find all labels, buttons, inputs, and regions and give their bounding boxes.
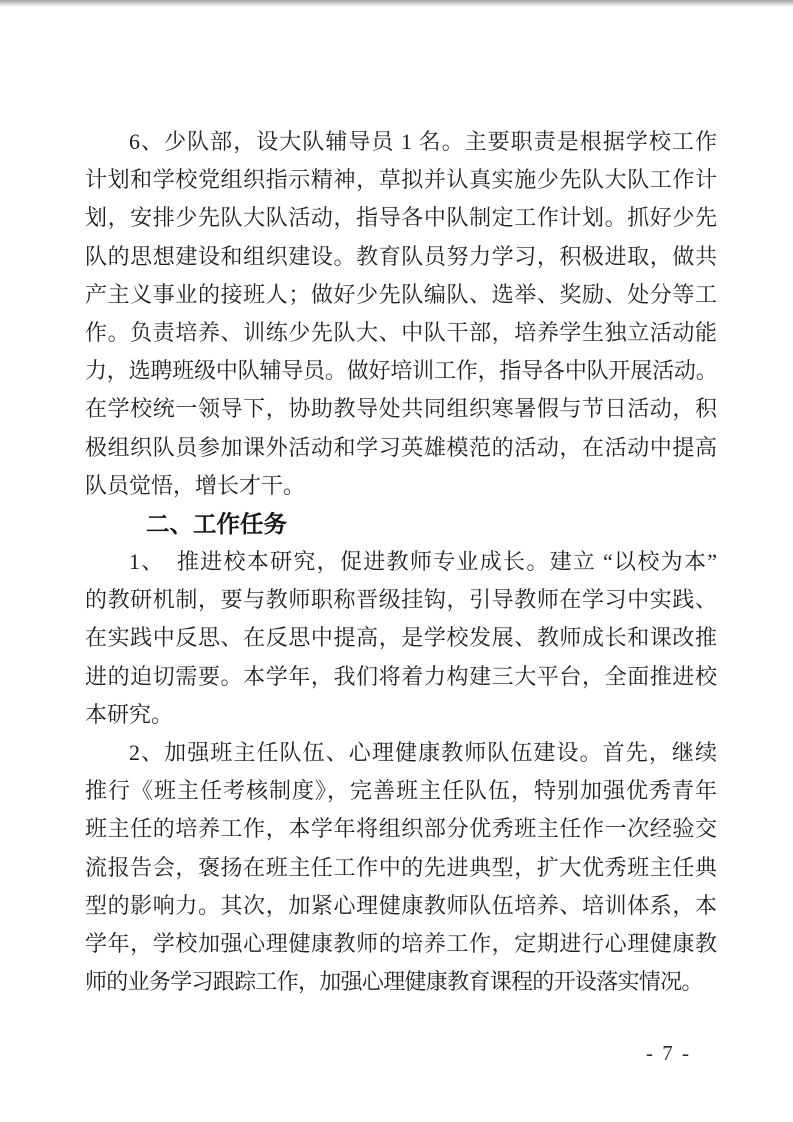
text-line: 本研究。 xyxy=(85,696,717,734)
text-line: 师的业务学习跟踪工作，加强心理健康教育课程的开设落实情况。 xyxy=(85,963,717,1001)
text-line: 班主任的培养工作，本学年将组织部分优秀班主任作一次经验交 xyxy=(85,810,717,848)
paragraph-task-1: 1、 推进校本研究，促进教师专业成长。建立 “以校为本” 的教研机制，要与教师职… xyxy=(85,543,717,734)
text-line: 型的影响力。其次，加紧心理健康教师队伍培养、培训体系，本 xyxy=(85,887,717,925)
text-line: 在学校统一领导下，协助教导处共同组织寒暑假与节日活动，积 xyxy=(85,390,717,428)
text-line: 的教研机制，要与教师职称晋级挂钩，引导教师在学习中实践、 xyxy=(85,581,717,619)
text-line: 1、 推进校本研究，促进教师专业成长。建立 “以校为本” xyxy=(85,543,717,581)
scan-edge-artifact xyxy=(0,0,793,7)
document-body: 6、少队部，设大队辅导员 1 名。主要职责是根据学校工作 计划和学校党组织指示精… xyxy=(85,123,717,1001)
text-line: 推行《班主任考核制度》，完善班主任队伍，特别加强优秀青年 xyxy=(85,772,717,810)
text-line: 流报告会，褒扬在班主任工作中的先进典型，扩大优秀班主任典 xyxy=(85,849,717,887)
text-line: 作。负责培养、训练少先队大、中队干部，培养学生独立活动能 xyxy=(85,314,717,352)
text-line: 力，选聘班级中队辅导员。做好培训工作，指导各中队开展活动。 xyxy=(85,352,717,390)
section-heading: 二、工作任务 xyxy=(85,505,717,543)
text-line: 进的迫切需要。本学年，我们将着力构建三大平台，全面推进校 xyxy=(85,658,717,696)
text-line: 6、少队部，设大队辅导员 1 名。主要职责是根据学校工作 xyxy=(85,123,717,161)
text-line: 学年，学校加强心理健康教师的培养工作，定期进行心理健康教 xyxy=(85,925,717,963)
text-line: 2、加强班主任队伍、心理健康教师队伍建设。首先，继续 xyxy=(85,734,717,772)
paragraph-shaoduibu: 6、少队部，设大队辅导员 1 名。主要职责是根据学校工作 计划和学校党组织指示精… xyxy=(85,123,717,505)
text-line: 极组织队员参加课外活动和学习英雄模范的活动，在活动中提高 xyxy=(85,429,717,467)
text-line: 划，安排少先队大队活动，指导各中队制定工作计划。抓好少先 xyxy=(85,199,717,237)
paragraph-task-2: 2、加强班主任队伍、心理健康教师队伍建设。首先，继续 推行《班主任考核制度》，完… xyxy=(85,734,717,1001)
text-line: 产主义事业的接班人；做好少先队编队、选举、奖励、处分等工 xyxy=(85,276,717,314)
page-number: - 7 - xyxy=(646,1041,691,1066)
text-line: 在实践中反思、在反思中提高，是学校发展、教师成长和课改推 xyxy=(85,619,717,657)
document-page: 6、少队部，设大队辅导员 1 名。主要职责是根据学校工作 计划和学校党组织指示精… xyxy=(0,0,793,1122)
text-line: 计划和学校党组织指示精神，草拟并认真实施少先队大队工作计 xyxy=(85,161,717,199)
text-line: 队的思想建设和组织建设。教育队员努力学习，积极进取，做共 xyxy=(85,238,717,276)
text-line: 队员觉悟，增长才干。 xyxy=(85,467,717,505)
